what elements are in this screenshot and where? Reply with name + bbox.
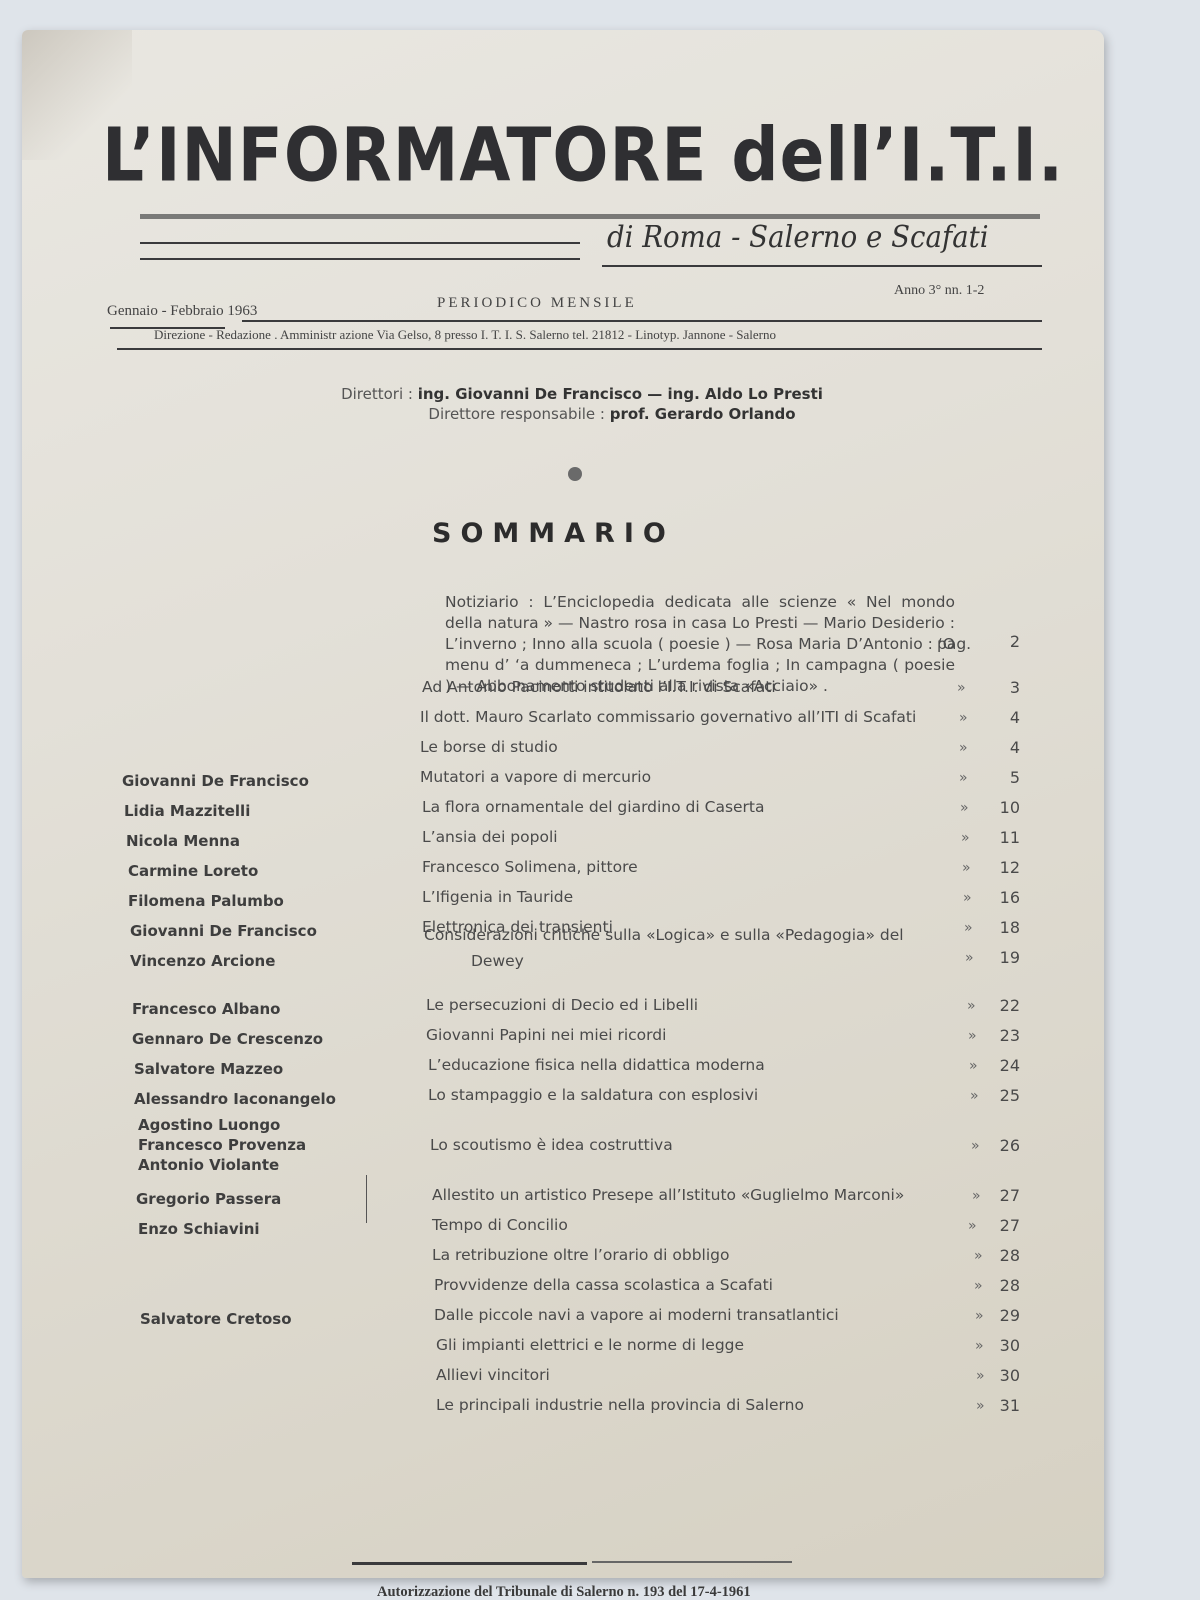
page-number: 2: [980, 632, 1020, 651]
page-number: 10: [980, 798, 1020, 817]
address-rule: [242, 320, 1042, 322]
directors-line: Direttori : ing. Giovanni De Francisco —…: [322, 384, 842, 404]
contents-entry-title: Dalle piccole navi a vapore ai moderni t…: [434, 1306, 839, 1324]
contents-entry-author: Nicola Menna: [126, 832, 240, 850]
contents-entry-title-continued: Dewey: [471, 952, 524, 970]
contents-entry-title: L’Ifigenia in Tauride: [422, 888, 573, 906]
contents-entry-title: Lo scoutismo è idea costruttiva: [430, 1136, 673, 1154]
contents-entry-author: Antonio Violante: [138, 1156, 279, 1174]
ditto-mark: »: [969, 1058, 978, 1074]
periodical-frequency: PERIODICO MENSILE: [437, 295, 637, 312]
issue-date: Gennaio - Febbraio 1963: [107, 303, 257, 320]
contents-entry-title: Lo stampaggio e la saldatura con esplosi…: [428, 1086, 758, 1104]
contents-entry-author: Francesco Albano: [132, 1000, 281, 1018]
contents-entry-title: Le borse di studio: [420, 738, 558, 756]
issue-number: Anno 3° nn. 1-2: [894, 283, 984, 299]
ditto-mark: »: [959, 740, 968, 756]
contents-entry-title: Giovanni Papini nei miei ricordi: [426, 1026, 666, 1044]
page-number: 30: [980, 1336, 1020, 1355]
ditto-mark: »: [961, 830, 970, 846]
contents-entry-author: Gregorio Passera: [136, 1190, 281, 1208]
page-number: 26: [980, 1136, 1020, 1155]
contents-entry-title: Allievi vincitori: [436, 1366, 550, 1384]
page-number: 24: [980, 1056, 1020, 1075]
magazine-page: L’INFORMATORE dell’I.T.I. di Roma - Sale…: [22, 30, 1104, 1578]
masthead-title: L’INFORMATORE dell’I.T.I.: [102, 112, 1032, 198]
page-number: 23: [980, 1026, 1020, 1045]
directors-block: Direttori : ing. Giovanni De Francisco —…: [322, 384, 842, 424]
contents-heading: SOMMARIO: [432, 518, 675, 549]
contents-entry-author: Giovanni De Francisco: [130, 922, 317, 940]
contents-entry-title: Gli impianti elettrici e le norme di leg…: [436, 1336, 744, 1354]
ditto-mark: »: [971, 1138, 980, 1154]
contents-entry-title: Tempo di Concilio: [432, 1216, 568, 1234]
masthead-rule: [140, 242, 580, 244]
page-number: 12: [980, 858, 1020, 877]
pag-label: pag.: [937, 635, 971, 653]
contents-entry-title: Mutatori a vapore di mercurio: [420, 768, 651, 786]
tribunal-authorization: Autorizzazione del Tribunale di Salerno …: [377, 1584, 751, 1600]
directors-label: Direttori :: [341, 385, 413, 403]
page-number: 4: [980, 738, 1020, 757]
page-number: 11: [980, 828, 1020, 847]
contents-entry-author: Salvatore Mazzeo: [134, 1060, 283, 1078]
page-number: 28: [980, 1276, 1020, 1295]
ditto-mark: »: [965, 950, 974, 966]
contents-entry-author: Lidia Mazzitelli: [124, 802, 250, 820]
masthead-rule: [140, 258, 580, 260]
page-number: 18: [980, 918, 1020, 937]
contents-entry-author: Vincenzo Arcione: [130, 952, 275, 970]
page-number: 30: [980, 1366, 1020, 1385]
ditto-mark: »: [960, 800, 969, 816]
masthead-rule: [140, 214, 1040, 219]
page-number: 29: [980, 1306, 1020, 1325]
ditto-mark: »: [968, 1028, 977, 1044]
page-number: 19: [980, 948, 1020, 967]
ditto-mark: »: [970, 1088, 979, 1104]
contents-entry-title: La retribuzione oltre l’orario di obblig…: [432, 1246, 729, 1264]
masthead-subtitle: di Roma - Salerno e Scafati: [607, 220, 989, 255]
contents-entry-author: Salvatore Cretoso: [140, 1310, 292, 1328]
contents-entry-author: Carmine Loreto: [128, 862, 258, 880]
author-group-bracket: [366, 1175, 370, 1223]
ditto-mark: »: [967, 998, 976, 1014]
page-number: 25: [980, 1086, 1020, 1105]
page-number: 28: [980, 1246, 1020, 1265]
page-number: 22: [980, 996, 1020, 1015]
contents-entry-author: Filomena Palumbo: [128, 892, 284, 910]
ditto-mark: »: [959, 770, 968, 786]
contents-entry-title: Considerazioni critiche sulla «Logica» e…: [424, 926, 904, 944]
contents-entry-title: Il dott. Mauro Scarlato commissario gove…: [420, 708, 916, 726]
page-number: 31: [980, 1396, 1020, 1415]
responsible-director-label: Direttore responsabile :: [428, 405, 605, 423]
contents-entry-title: Allestito un artistico Presepe all’Istit…: [432, 1186, 904, 1204]
contents-entry-author: Gennaro De Crescenzo: [132, 1030, 323, 1048]
ditto-mark: »: [957, 680, 966, 696]
editorial-address: Direzione - Redazione . Amministr azione…: [154, 327, 776, 343]
page-number: 3: [980, 678, 1020, 697]
contents-entry-title: La flora ornamentale del giardino di Cas…: [422, 798, 765, 816]
address-rule: [117, 348, 1042, 350]
ditto-mark: »: [963, 890, 972, 906]
ditto-mark: »: [964, 920, 973, 936]
contents-entry-title: Francesco Solimena, pittore: [422, 858, 638, 876]
contents-entry-title: Le principali industrie nella provincia …: [436, 1396, 804, 1414]
responsible-director-line: Direttore responsabile : prof. Gerardo O…: [322, 404, 842, 424]
footer-rule: [352, 1562, 587, 1565]
ditto-mark: »: [959, 710, 968, 726]
contents-entry-author: Giovanni De Francisco: [122, 772, 309, 790]
contents-entry-title: Le persecuzioni di Decio ed i Libelli: [426, 996, 698, 1014]
masthead-rule: [602, 265, 1042, 267]
contents-entry-title: Provvidenze della cassa scolastica a Sca…: [434, 1276, 773, 1294]
contents-entry-title: L’educazione fisica nella didattica mode…: [428, 1056, 765, 1074]
page-number: 27: [980, 1186, 1020, 1205]
contents-entry-author: Alessandro Iaconangelo: [134, 1090, 336, 1108]
page-number: 16: [980, 888, 1020, 907]
ditto-mark: »: [962, 860, 971, 876]
contents-entry-title: Ad Antonio Pacinotti intitolato l’I.T.I.…: [422, 678, 776, 696]
ornament-dot: [568, 467, 582, 481]
ditto-mark: »: [968, 1218, 977, 1234]
page-number: 5: [980, 768, 1020, 787]
directors-names: ing. Giovanni De Francisco — ing. Aldo L…: [418, 385, 823, 403]
contents-entry-author: Agostino Luongo: [138, 1116, 280, 1134]
footer-rule: [592, 1561, 792, 1563]
page-number: 27: [980, 1216, 1020, 1235]
contents-entry-author: Enzo Schiavini: [138, 1220, 260, 1238]
contents-entry-title: L’ansia dei popoli: [422, 828, 558, 846]
responsible-director-name: prof. Gerardo Orlando: [610, 405, 796, 423]
page-number: 4: [980, 708, 1020, 727]
contents-entry-author: Francesco Provenza: [138, 1136, 306, 1154]
